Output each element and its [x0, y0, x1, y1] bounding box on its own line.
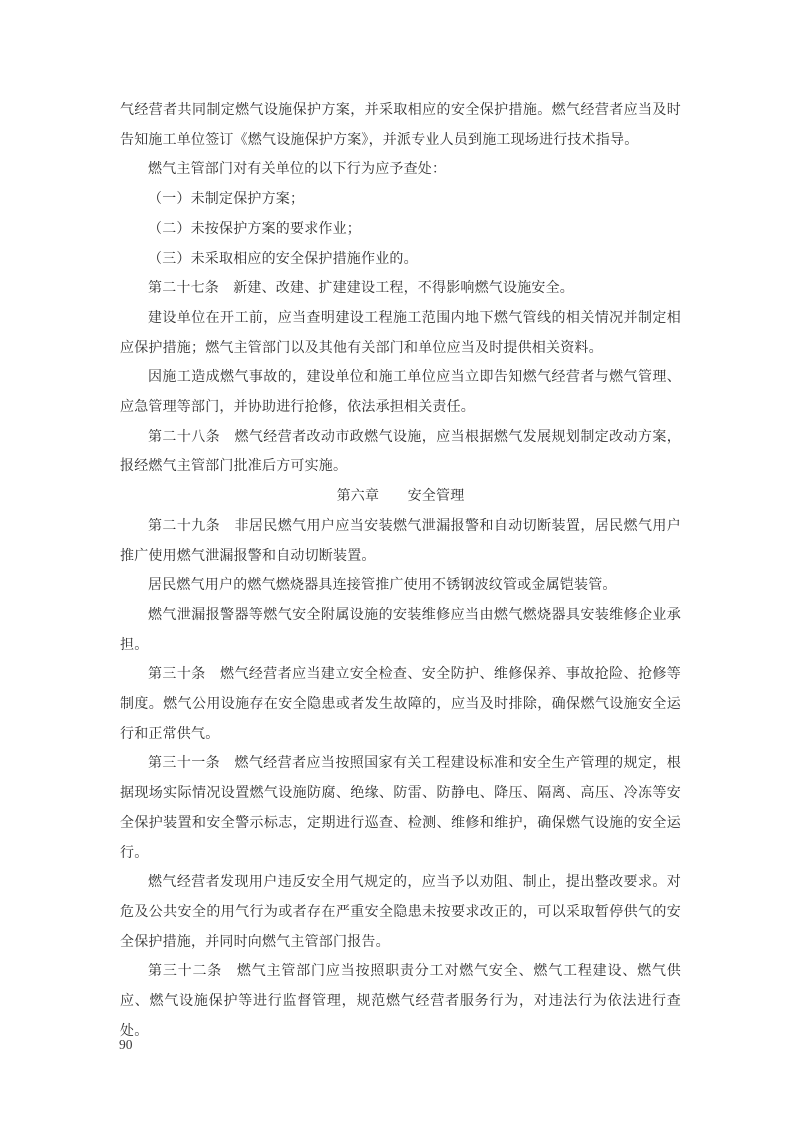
article-28: 第二十八条 燃气经营者改动市政燃气设施，应当根据燃气发展规划制定改动方案，报经燃… [120, 423, 681, 482]
body-paragraph: 燃气主管部门对有关单位的以下行为应予查处： [120, 155, 681, 185]
article-30: 第三十条 燃气经营者应当建立安全检查、安全防护、维修保养、事故抢险、抢修等制度。… [120, 660, 681, 749]
list-item-3: （三）未采取相应的安全保护措施作业的。 [120, 245, 681, 275]
body-paragraph: 居民燃气用户的燃气燃烧器具连接管推广使用不锈钢波纹管或金属铠装管。 [120, 571, 681, 601]
body-paragraph: 燃气泄漏报警器等燃气安全附属设施的安装维修应当由燃气燃烧器具安装维修企业承担。 [120, 601, 681, 660]
body-paragraph: 燃气经营者发现用户违反安全用气规定的，应当予以劝阻、制止，提出整改要求。对危及公… [120, 868, 681, 957]
article-31: 第三十一条 燃气经营者应当按照国家有关工程建设标准和安全生产管理的规定，根据现场… [120, 749, 681, 868]
page-number: 90 [119, 1036, 133, 1054]
body-paragraph: 因施工造成燃气事故的，建设单位和施工单位应当立即告知燃气经营者与燃气管理、应急管… [120, 363, 681, 422]
body-paragraph: 气经营者共同制定燃气设施保护方案，并采取相应的安全保护措施。燃气经营者应当及时告… [120, 96, 681, 155]
list-item-1: （一）未制定保护方案； [120, 185, 681, 215]
article-27: 第二十七条 新建、改建、扩建建设工程，不得影响燃气设施安全。 [120, 274, 681, 304]
body-paragraph: 建设单位在开工前，应当查明建设工程施工范围内地下燃气管线的相关情况并制定相应保护… [120, 304, 681, 363]
article-29: 第二十九条 非居民燃气用户应当安装燃气泄漏报警和自动切断装置，居民燃气用户推广使… [120, 512, 681, 571]
document-page: 气经营者共同制定燃气设施保护方案，并采取相应的安全保护措施。燃气经营者应当及时告… [0, 0, 793, 1122]
document-body: 气经营者共同制定燃气设施保护方案，并采取相应的安全保护措施。燃气经营者应当及时告… [120, 96, 681, 1047]
article-32: 第三十二条 燃气主管部门应当按照职责分工对燃气安全、燃气工程建设、燃气供应、燃气… [120, 957, 681, 1046]
chapter-heading: 第六章 安全管理 [120, 482, 681, 512]
list-item-2: （二）未按保护方案的要求作业； [120, 215, 681, 245]
